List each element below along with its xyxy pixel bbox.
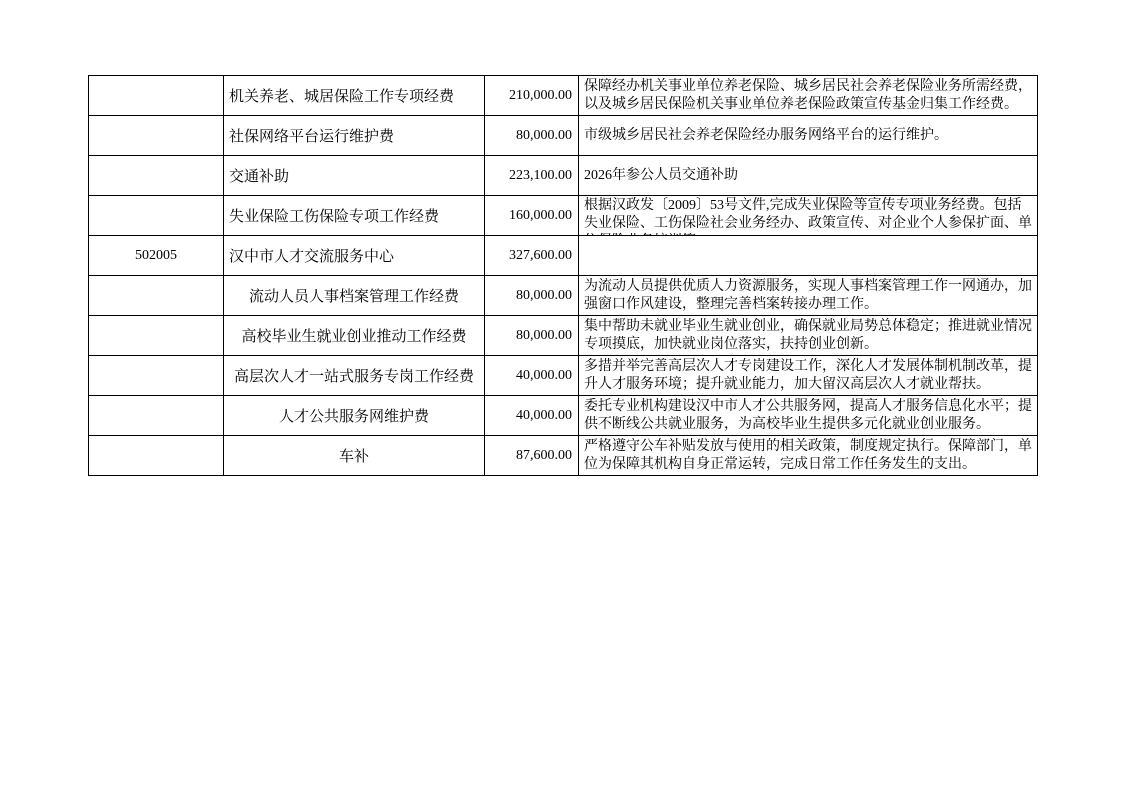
table-row: 社保网络平台运行维护费 80,000.00 市级城乡居民社会养老保险经办服务网络… — [89, 116, 1038, 156]
description-clipped: 培训等。 — [654, 234, 710, 235]
description-cell: 根据汉政发〔2009〕53号文件,完成失业保险等宣传专项业务经费。包括失业保险、… — [579, 196, 1038, 236]
project-name-cell: 流动人员人事档案管理工作经费 — [224, 276, 485, 316]
description-cell: 2026年参公人员交通补助 — [579, 156, 1038, 196]
code-cell — [89, 196, 224, 236]
amount-cell: 40,000.00 — [485, 396, 579, 436]
project-name-cell: 失业保险工伤保险专项工作经费 — [224, 196, 485, 236]
document-page: 机关养老、城居保险工作专项经费 210,000.00 保障经办机关事业单位养老保… — [0, 0, 1122, 793]
description-text: 多措并举完善高层次人才专岗建设工作，深化人才发展体制机制改革，提升人才服务环境；… — [584, 358, 1032, 394]
description-cell: 集中帮助未就业毕业生就业创业，确保就业局势总体稳定；推进就业情况专项摸底，加快就… — [579, 316, 1038, 356]
code-cell: 502005 — [89, 236, 224, 276]
code-cell — [89, 356, 224, 396]
amount-cell: 80,000.00 — [485, 316, 579, 356]
description-cell: 严格遵守公车补贴发放与使用的相关政策，制度规定执行。保障部门，单位为保障其机构自… — [579, 436, 1038, 476]
code-cell — [89, 116, 224, 156]
description-cell: 委托专业机构建设汉中市人才公共服务网，提高人才服务信息化水平；提供不断线公共就业… — [579, 396, 1038, 436]
project-name-cell: 人才公共服务网维护费 — [224, 396, 485, 436]
project-name-cell: 机关养老、城居保险工作专项经费 — [224, 76, 485, 116]
budget-table: 机关养老、城居保险工作专项经费 210,000.00 保障经办机关事业单位养老保… — [88, 75, 1038, 476]
description-text: 市级城乡居民社会养老保险经办服务网络平台的运行维护。 — [584, 127, 1032, 145]
code-cell — [89, 76, 224, 116]
description-text: 严格遵守公车补贴发放与使用的相关政策，制度规定执行。保障部门，单位为保障其机构自… — [584, 438, 1032, 474]
description-cell: 保障经办机关事业单位养老保险、城乡居民社会养老保险业务所需经费，以及城乡居民保险… — [579, 76, 1038, 116]
table-row: 高层次人才一站式服务专岗工作经费 40,000.00 多措并举完善高层次人才专岗… — [89, 356, 1038, 396]
amount-cell: 40,000.00 — [485, 356, 579, 396]
description-text: 委托专业机构建设汉中市人才公共服务网，提高人才服务信息化水平；提供不断线公共就业… — [584, 398, 1032, 434]
table-row: 失业保险工伤保险专项工作经费 160,000.00 根据汉政发〔2009〕53号… — [89, 196, 1038, 236]
table-row: 机关养老、城居保险工作专项经费 210,000.00 保障经办机关事业单位养老保… — [89, 76, 1038, 116]
code-cell — [89, 156, 224, 196]
table-row: 交通补助 223,100.00 2026年参公人员交通补助 — [89, 156, 1038, 196]
table-row: 高校毕业生就业创业推动工作经费 80,000.00 集中帮助未就业毕业生就业创业… — [89, 316, 1038, 356]
amount-cell: 87,600.00 — [485, 436, 579, 476]
project-name-cell: 高层次人才一站式服务专岗工作经费 — [224, 356, 485, 396]
description-main: 根据汉政发〔2009〕53号文件,完成失业保险等宣传专项业务经费。包括失业保险、… — [584, 198, 1032, 235]
table-row: 502005 汉中市人才交流服务中心 327,600.00 — [89, 236, 1038, 276]
code-cell — [89, 316, 224, 356]
amount-cell: 223,100.00 — [485, 156, 579, 196]
description-text: 保障经办机关事业单位养老保险、城乡居民社会养老保险业务所需经费，以及城乡居民保险… — [584, 78, 1032, 114]
amount-cell: 210,000.00 — [485, 76, 579, 116]
description-cell: 为流动人员提供优质人力资源服务，实现人事档案管理工作一网通办，加强窗口作风建设，… — [579, 276, 1038, 316]
project-name-cell: 交通补助 — [224, 156, 485, 196]
table-row: 人才公共服务网维护费 40,000.00 委托专业机构建设汉中市人才公共服务网，… — [89, 396, 1038, 436]
code-cell — [89, 396, 224, 436]
project-name-cell: 汉中市人才交流服务中心 — [224, 236, 485, 276]
amount-cell: 327,600.00 — [485, 236, 579, 276]
project-name-cell: 社保网络平台运行维护费 — [224, 116, 485, 156]
amount-cell: 160,000.00 — [485, 196, 579, 236]
amount-cell: 80,000.00 — [485, 276, 579, 316]
description-text: 集中帮助未就业毕业生就业创业，确保就业局势总体稳定；推进就业情况专项摸底，加快就… — [584, 318, 1032, 354]
description-cell — [579, 236, 1038, 276]
description-text: 为流动人员提供优质人力资源服务，实现人事档案管理工作一网通办，加强窗口作风建设，… — [584, 278, 1032, 314]
amount-cell: 80,000.00 — [485, 116, 579, 156]
table-row: 车补 87,600.00 严格遵守公车补贴发放与使用的相关政策，制度规定执行。保… — [89, 436, 1038, 476]
project-name-cell: 车补 — [224, 436, 485, 476]
code-cell — [89, 276, 224, 316]
project-name-cell: 高校毕业生就业创业推动工作经费 — [224, 316, 485, 356]
code-cell — [89, 436, 224, 476]
description-text: 根据汉政发〔2009〕53号文件,完成失业保险等宣传专项业务经费。包括失业保险、… — [584, 197, 1032, 235]
description-text: 2026年参公人员交通补助 — [584, 167, 1032, 185]
table-row: 流动人员人事档案管理工作经费 80,000.00 为流动人员提供优质人力资源服务… — [89, 276, 1038, 316]
description-cell: 多措并举完善高层次人才专岗建设工作，深化人才发展体制机制改革，提升人才服务环境；… — [579, 356, 1038, 396]
description-cell: 市级城乡居民社会养老保险经办服务网络平台的运行维护。 — [579, 116, 1038, 156]
